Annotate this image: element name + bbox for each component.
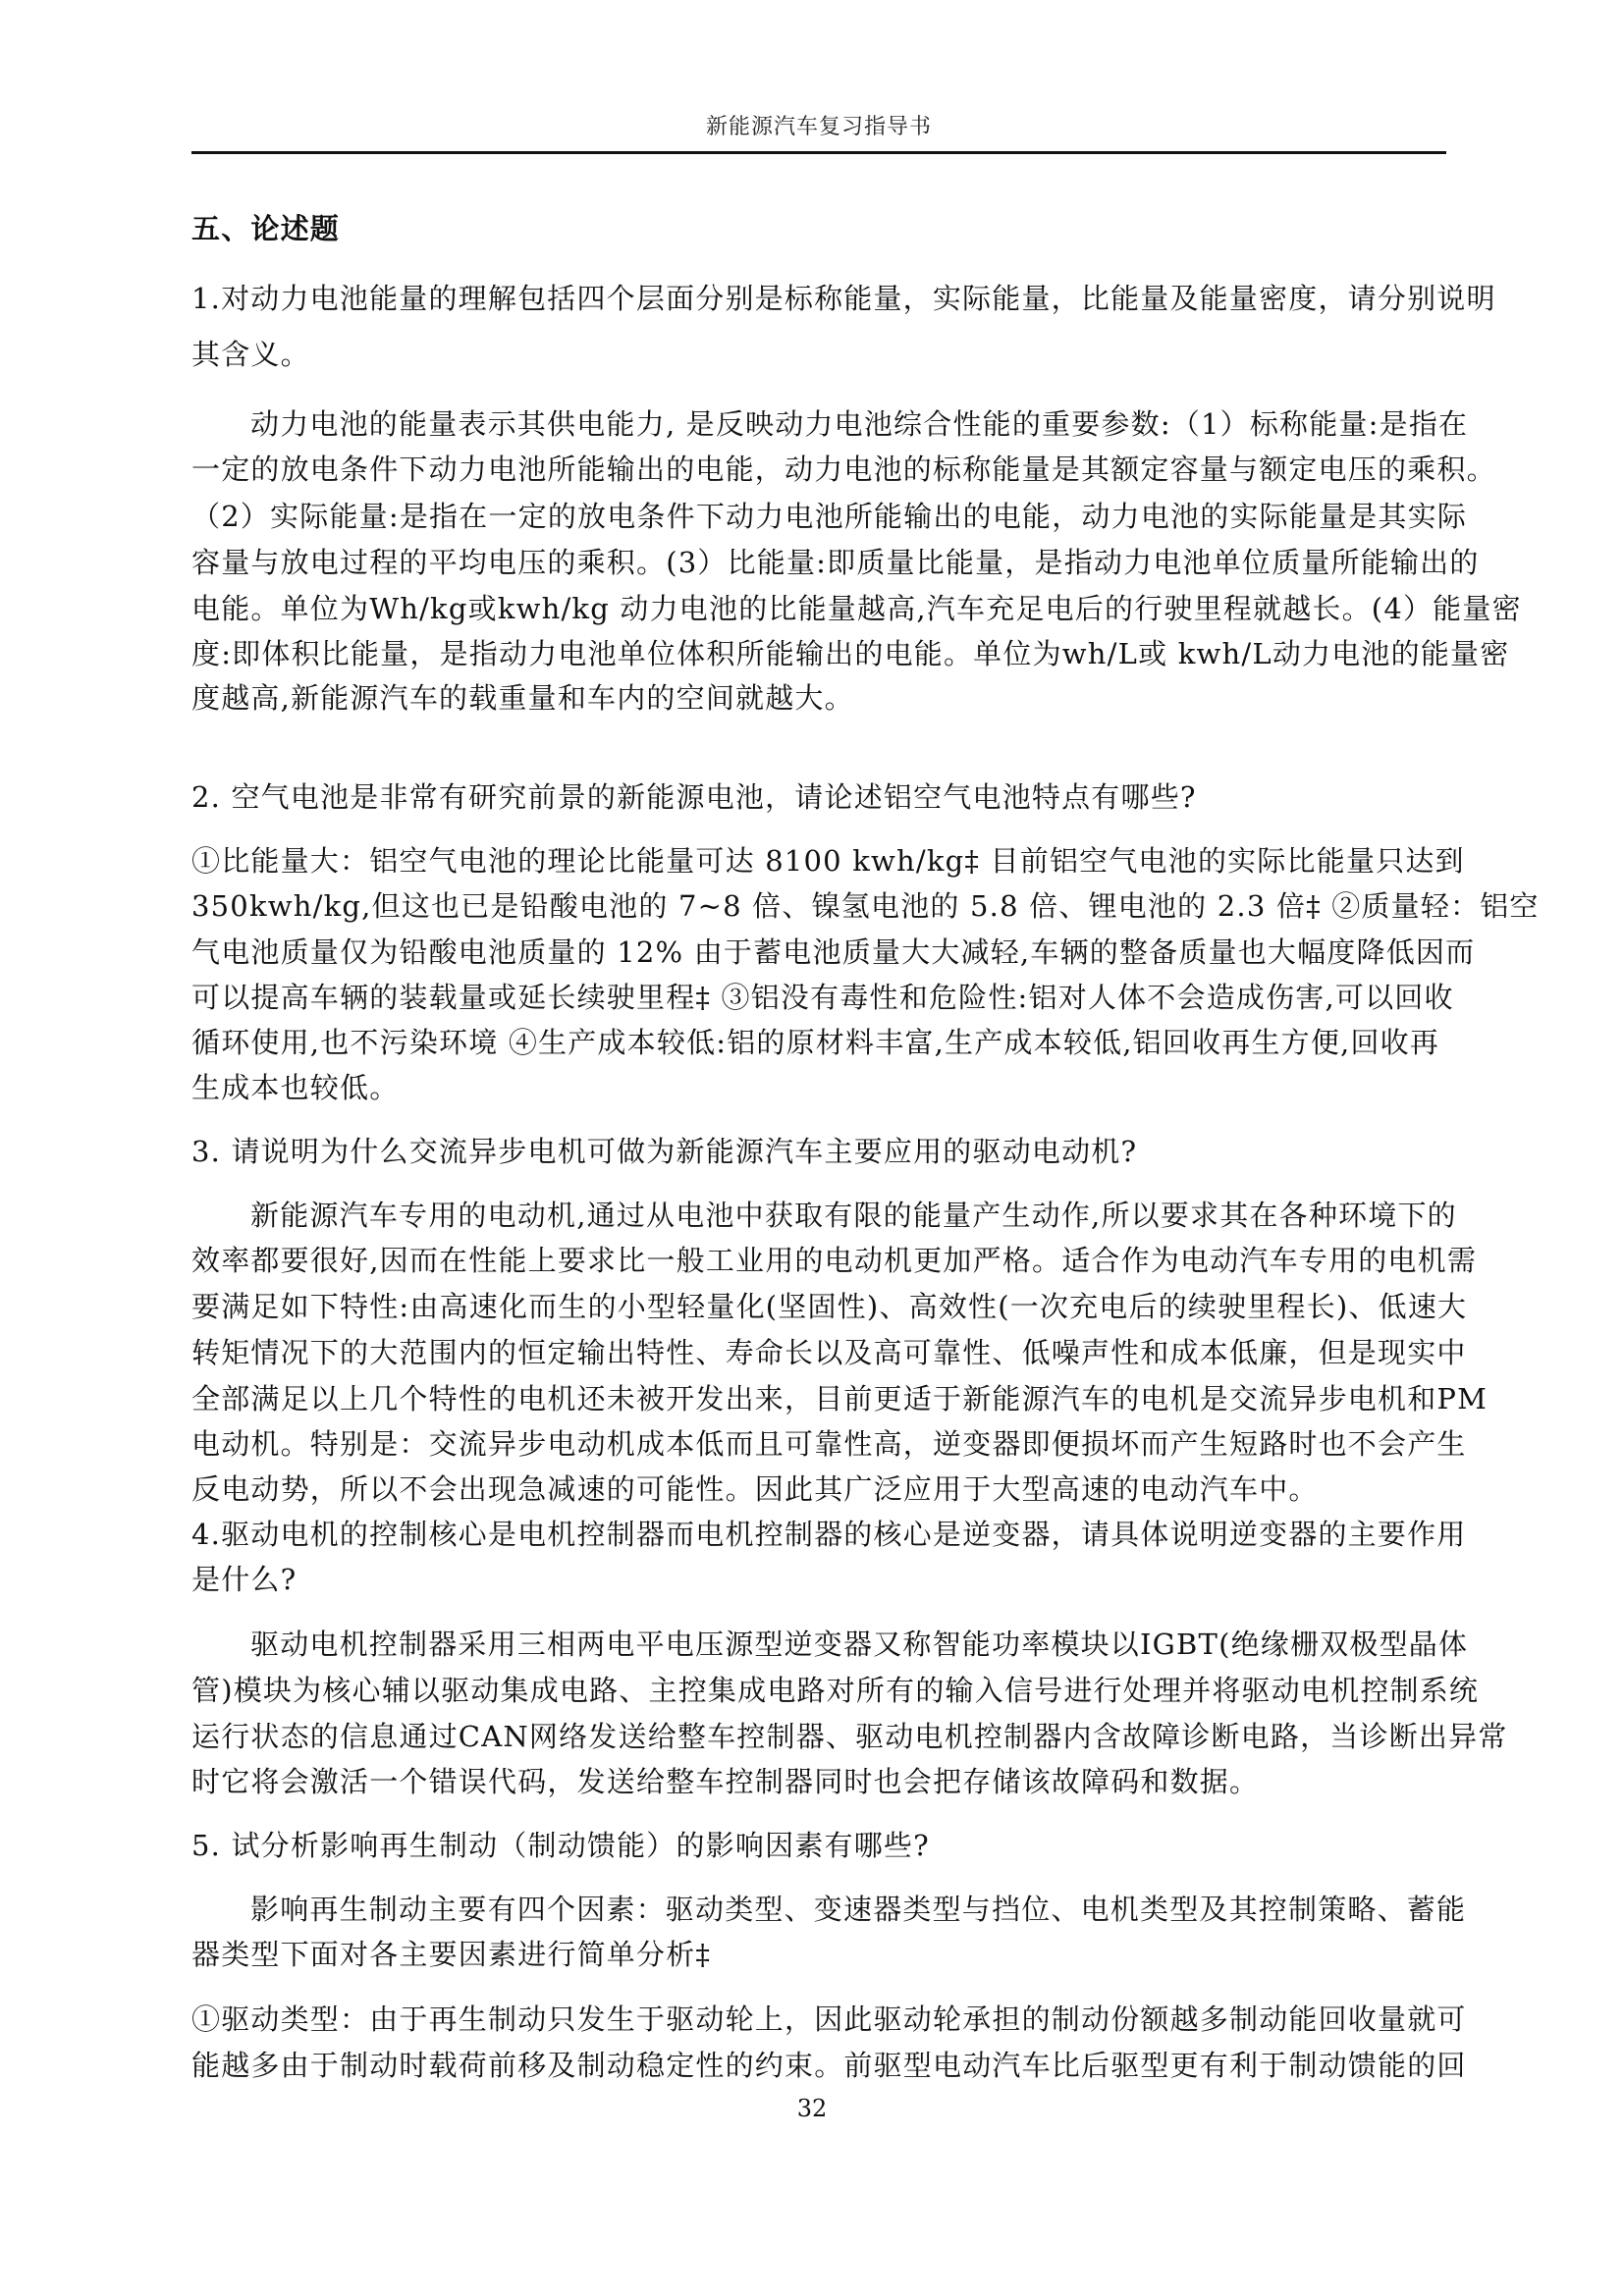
- question-5-line-1: 5. 试分析影响再生制动（制动馈能）的影响因素有哪些?: [191, 1828, 1448, 1863]
- answer-5-line: 影响再生制动主要有四个因素：驱动类型、变速器类型与挡位、电机类型及其控制策略、蓄…: [250, 1892, 1507, 1927]
- answer-2-line: 350kwh/kg,但这也已是铅酸电池的 7~8 倍、镍氢电池的 5.8 倍、锂…: [191, 888, 1448, 924]
- answer-1-line: 容量与放电过程的平均电压的乘积。(3）比能量:即质量比能量，是指动力电池单位质量…: [191, 545, 1448, 580]
- answer-1-line: 度越高,新能源汽车的载重量和车内的空间就越大。: [191, 680, 1448, 716]
- answer-5-line: 能越多由于制动时载荷前移及制动稳定性的约束。前驱型电动汽车比后驱型更有利于制动馈…: [191, 2048, 1448, 2083]
- answer-4-line: 运行状态的信息通过CAN网络发送给整车控制器、驱动电机控制器内含故障诊断电路，当…: [191, 1719, 1448, 1754]
- answer-5-line: 器类型下面对各主要因素进行简单分析‡: [191, 1937, 1448, 1972]
- page-number: 32: [0, 2095, 1624, 2122]
- question-1-line-1: 1.对动力电池能量的理解包括四个层面分别是标称能量，实际能量，比能量及能量密度，…: [191, 281, 1448, 316]
- answer-2-line: ①比能量大：铝空气电池的理论比能量可达 8100 kwh/kg‡ 目前铝空气电池…: [191, 843, 1448, 879]
- answer-2-line: 气电池质量仅为铅酸电池质量的 12% 由于蓄电池质量大大减轻,车辆的整备质量也大…: [191, 934, 1448, 970]
- answer-2-line: 可以提高车辆的装载量或延长续驶里程‡ ③铝没有毒性和危险性:铝对人体不会造成伤害…: [191, 980, 1448, 1015]
- answer-5-line: ①驱动类型：由于再生制动只发生于驱动轮上，因此驱动轮承担的制动份额越多制动能回收…: [191, 2002, 1448, 2037]
- answer-4-line: 时它将会激活一个错误代码，发送给整车控制器同时也会把存储该故障码和数据。: [191, 1764, 1448, 1799]
- answer-1-line: 度:即体积比能量，是指动力电池单位体积所能输出的电能。单位为wh/L或 kwh/…: [191, 636, 1448, 671]
- question-3-line-1: 3. 请说明为什么交流异步电机可做为新能源汽车主要应用的驱动电动机?: [191, 1134, 1448, 1169]
- answer-3-line: 要满足如下特性:由高速化而生的小型轻量化(坚固性)、高效性(一次充电后的续驶里程…: [191, 1289, 1448, 1324]
- question-2-line-1: 2. 空气电池是非常有研究前景的新能源电池，请论述铝空气电池特点有哪些?: [191, 779, 1448, 815]
- answer-3-line: 新能源汽车专用的电动机,通过从电池中获取有限的能量产生动作,所以要求其在各种环境…: [250, 1198, 1507, 1233]
- answer-1-line: 电能。单位为Wh/kg或kwh/kg 动力电池的比能量越高,汽车充足电后的行驶里…: [191, 591, 1448, 626]
- answer-4-line: 管)模块为核心辅以驱动集成电路、主控集成电路对所有的输入信号进行处理并将驱动电机…: [191, 1673, 1448, 1708]
- answer-3-line: 全部满足以上几个特性的电机还未被开发出来，目前更适于新能源汽车的电机是交流异步电…: [191, 1381, 1448, 1416]
- answer-1-line: 动力电池的能量表示其供电能力‚ 是反映动力电池综合性能的重要参数:（1）标称能量…: [250, 406, 1507, 442]
- answer-1-line: 一定的放电条件下动力电池所能输出的电能，动力电池的标称能量是其额定容量与额定电压…: [191, 452, 1448, 487]
- question-4-line-2: 是什么?: [191, 1562, 1448, 1597]
- answer-3-line: 效率都要很好,因而在性能上要求比一般工业用的电动机更加严格。适合作为电动汽车专用…: [191, 1243, 1448, 1278]
- question-1-line-2: 其含义。: [191, 337, 1448, 372]
- answer-4-line: 驱动电机控制器采用三相两电平电压源型逆变器又称智能功率模块以IGBT(绝缘栅双极…: [250, 1627, 1507, 1662]
- answer-2-line: 循环使用,也不污染环境 ④生产成本较低:铝的原材料丰富,生产成本较低,铝回收再生…: [191, 1025, 1448, 1060]
- answer-2-line: 生成本也较低。: [191, 1070, 1448, 1105]
- question-4-line-1: 4.驱动电机的控制核心是电机控制器而电机控制器的核心是逆变器，请具体说明逆变器的…: [191, 1517, 1448, 1552]
- section-title: 五、论述题: [191, 211, 1448, 246]
- answer-1-line: （2）实际能量:是指在一定的放电条件下动力电池所能输出的电能，动力电池的实际能量…: [191, 499, 1448, 534]
- answer-3-line: 电动机。特别是：交流异步电动机成本低而且可靠性高，逆变器即便损坏而产生短路时也不…: [191, 1426, 1448, 1462]
- header-rule: [191, 151, 1446, 154]
- running-header: 新能源汽车复习指导书: [191, 110, 1446, 140]
- answer-3-line: 反电动势，所以不会出现急减速的可能性。因此其广泛应用于大型高速的电动汽车中。: [191, 1471, 1448, 1507]
- answer-3-line: 转矩情况下的大范围内的恒定输出特性、寿命长以及高可靠性、低噪声性和成本低廉，但是…: [191, 1335, 1448, 1370]
